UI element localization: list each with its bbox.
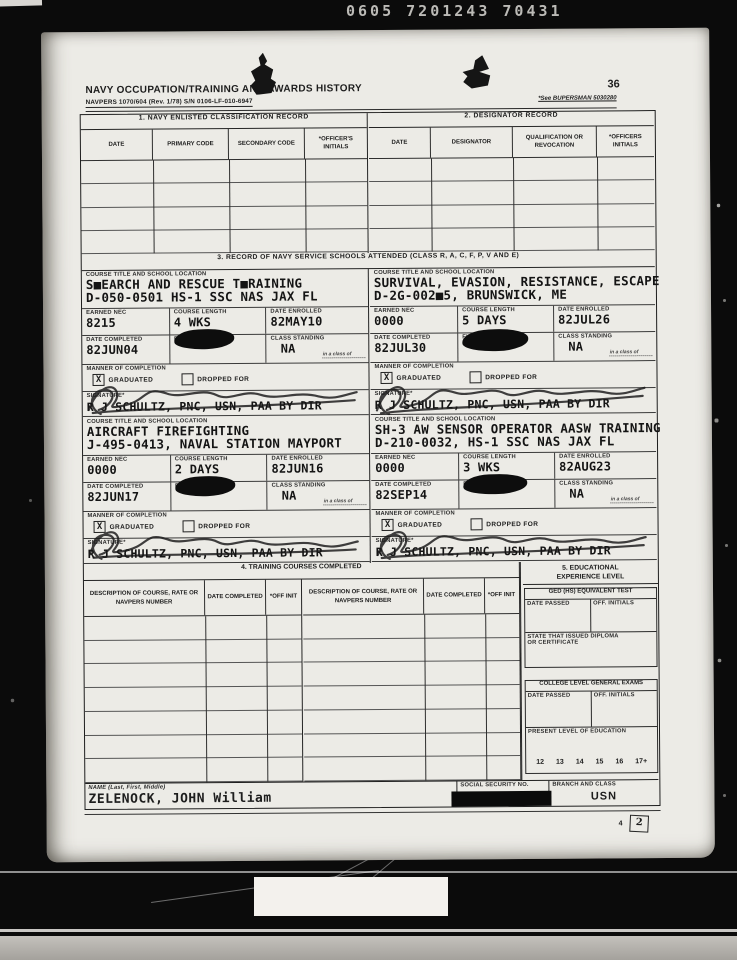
date-completed-value: 82JUN04: [86, 342, 165, 357]
manner-options: X GRADUATED DROPPED FOR: [374, 370, 651, 384]
present-level-cell: PRESENT LEVEL OF EDUCATION 12 13 14 15 1…: [526, 727, 657, 767]
branch-value: USN: [552, 790, 655, 803]
off-initials-label: OFF. INITIALS: [593, 600, 654, 606]
course-length-value: 3 WKS: [463, 460, 550, 475]
state-diploma-label: STATE THAT ISSUED DIPLOMA OR CERTIFICATE: [527, 633, 627, 646]
form-body: 1. NAVY ENLISTED CLASSIFICATION RECORD D…: [80, 110, 661, 810]
section-4-right-table: DESCRIPTION OF COURSE, RATE OR NAVPERS N…: [303, 578, 521, 782]
empty-row: [85, 758, 302, 783]
completion-row: DATE COMPLETED82JUN04 FINAL MARK CLASS S…: [82, 334, 368, 365]
film-gap-artifact: [254, 877, 448, 916]
col-primary-code: PRIMARY CODE: [153, 129, 229, 160]
completion-row: DATE COMPLETED82JUN17 FINAL MARK CLASS S…: [83, 481, 369, 512]
section-4-header-row: DESCRIPTION OF COURSE, RATE OR NAVPERS N…: [303, 578, 519, 616]
year-15: 15: [596, 758, 604, 765]
empty-row: [81, 182, 367, 207]
page-annotation-small: 4: [619, 820, 623, 827]
ged-header: GED (HS) EQUIVALENT TEST: [525, 588, 656, 600]
col-date-completed: DATE COMPLETED: [205, 580, 266, 615]
branch-cell: BRANCH AND CLASS USN: [549, 780, 658, 805]
ink-blob-artifact: [461, 55, 491, 91]
signature-cell: SIGNATURE* R J SCHULTZ, PNC, USN, PAA BY…: [84, 537, 370, 564]
form-title: NAVY OCCUPATION/TRAINING AND AWARDS HIST…: [85, 83, 362, 96]
corner-wedge-artifact: [0, 0, 42, 7]
ssn-cell: SOCIAL SECURITY NO.: [457, 781, 549, 806]
college-header: COLLEGE LEVEL GENERAL EXAMS: [526, 680, 657, 692]
empty-row: [84, 639, 301, 664]
year-17plus: 17+: [635, 758, 647, 765]
section-1-header-row: DATE PRIMARY CODE SECONDARY CODE *OFFICE…: [81, 128, 367, 161]
section-5-title-line2: EXPERIENCE LEVEL: [523, 572, 658, 585]
year-12: 12: [536, 759, 544, 766]
manner-options: X GRADUATED DROPPED FOR: [86, 372, 364, 386]
course-length-value: 2 DAYS: [175, 462, 263, 477]
date-completed-value: 82SEP14: [375, 487, 454, 502]
off-initials-label: OFF. INITIALS: [594, 692, 655, 698]
year-16: 16: [615, 758, 623, 765]
empty-row: [85, 663, 302, 688]
dropped-checkbox: [469, 371, 481, 383]
graduated-label: GRADUATED: [110, 523, 155, 530]
section-4-empty-rows: [84, 616, 302, 784]
graduated-checkbox: X: [92, 374, 104, 386]
college-date-row: DATE PASSED OFF. INITIALS: [526, 691, 657, 728]
col-off-init: *OFF INIT: [266, 580, 301, 615]
ged-box: GED (HS) EQUIVALENT TEST DATE PASSED OFF…: [524, 587, 658, 668]
state-diploma-cell: STATE THAT ISSUED DIPLOMA OR CERTIFICATE: [525, 632, 656, 647]
col-officers-initials: *OFFICER'S INITIALS: [305, 128, 367, 158]
col-date: DATE: [81, 130, 153, 161]
completion-row: DATE COMPLETED82SEP14 FINAL MARK CLASS S…: [371, 479, 656, 510]
section-4-empty-rows: [303, 614, 520, 782]
form-page: NAVY OCCUPATION/TRAINING AND AWARDS HIST…: [41, 28, 715, 863]
signature-cell: SIGNATURE* R J SCHULTZ, PNC, USN, PAA BY…: [372, 535, 657, 562]
graduated-label: GRADUATED: [109, 376, 154, 383]
manner-options: X GRADUATED DROPPED FOR: [376, 517, 653, 531]
empty-row: [303, 638, 519, 663]
school-record: COURSE TITLE AND SCHOOL LOCATION SH-3 AW…: [371, 414, 657, 563]
signature-text: R J SCHULTZ, PNC, USN, PAA BY DIR: [376, 543, 653, 559]
empty-row: [304, 661, 520, 686]
manner-label: MANNER OF COMPLETION: [87, 511, 365, 519]
footer-row: NAME (Last, First, Middle) ZELENOCK, JOH…: [85, 779, 658, 808]
manner-options: X GRADUATED DROPPED FOR: [88, 519, 366, 533]
school-record: COURSE TITLE AND SCHOOL LOCATION S■EARCH…: [82, 269, 369, 418]
course-title-cell: COURSE TITLE AND SCHOOL LOCATION AIRCRAF…: [83, 416, 369, 456]
year-13: 13: [556, 759, 564, 766]
earned-nec-value: 0000: [374, 313, 453, 328]
reference-note: *See BUPERSMAN 5030280: [489, 95, 617, 102]
film-code: 0605 7201243 70431: [346, 2, 563, 20]
date-passed-label: DATE PASSED: [528, 693, 589, 699]
course-title-cell: COURSE TITLE AND SCHOOL LOCATION SURVIVA…: [370, 267, 655, 307]
college-box: COLLEGE LEVEL GENERAL EXAMS DATE PASSED …: [525, 679, 659, 774]
empty-row: [81, 159, 367, 184]
bottom-double-rule: [85, 810, 661, 815]
empty-row: [304, 733, 520, 758]
manner-of-completion-cell: MANNER OF COMPLETION X GRADUATED DROPPED…: [370, 361, 655, 390]
graduated-checkbox: X: [380, 372, 392, 384]
col-secondary-code: SECONDARY CODE: [229, 129, 305, 160]
signature-cell: SIGNATURE* R J SCHULTZ, PNC, USN, PAA BY…: [371, 388, 656, 415]
redaction-mark: [175, 475, 236, 497]
section-4-header-row: DESCRIPTION OF COURSE, RATE OR NAVPERS N…: [84, 580, 301, 618]
scanner-bed-band: [0, 936, 737, 960]
form-number: NAVPERS 1070/604 (Rev. 1/78) S/N 0106-LF…: [86, 98, 253, 108]
dropped-label: DROPPED FOR: [198, 522, 250, 529]
graduated-checkbox: X: [382, 519, 394, 531]
empty-row: [85, 687, 302, 712]
date-completed-value: 82JUN17: [87, 489, 166, 504]
in-class-of-label: in a class of: [610, 349, 653, 356]
page-number: 36: [607, 78, 619, 90]
section-2-header-row: DATE DESIGNATOR QUALIFICATION OR REVOCAT…: [369, 126, 654, 159]
school-record: COURSE TITLE AND SCHOOL LOCATION SURVIVA…: [370, 267, 656, 416]
date-passed-label: DATE PASSED: [527, 601, 588, 607]
dropped-checkbox: [470, 518, 482, 530]
dust-specks-artifact: [0, 0, 1, 1]
manner-of-completion-cell: MANNER OF COMPLETION X GRADUATED DROPPED…: [371, 508, 656, 537]
date-enrolled-value: 82AUG23: [559, 459, 652, 474]
in-class-of-label: in a class of: [323, 351, 366, 358]
redaction-mark: [463, 473, 528, 496]
completion-row: DATE COMPLETED82JUL30 FINAL MARK CLASS S…: [370, 332, 655, 363]
empty-row: [304, 756, 520, 781]
ssn-label: SOCIAL SECURITY NO.: [460, 782, 545, 789]
section-2-empty-rows: [369, 157, 655, 252]
col-date-completed: DATE COMPLETED: [424, 578, 485, 613]
scanner-edge-line: [0, 929, 737, 932]
empty-row: [304, 685, 520, 710]
col-description: DESCRIPTION OF COURSE, RATE OR NAVPERS N…: [303, 579, 424, 615]
page-annotation-boxed: 2: [629, 815, 649, 833]
redaction-mark: [174, 328, 235, 350]
section-4-left-table: DESCRIPTION OF COURSE, RATE OR NAVPERS N…: [84, 580, 303, 784]
col-qualification: QUALIFICATION OR REVOCATION: [513, 126, 597, 157]
dropped-checkbox: [182, 520, 194, 532]
redaction-mark: [462, 328, 529, 353]
course-title-line2: D-050-0501 HS-1 SSC NAS JAX FL: [86, 289, 364, 304]
date-enrolled-value: 82JUL26: [558, 312, 651, 327]
manner-label: MANNER OF COMPLETION: [86, 364, 364, 372]
empty-row: [81, 229, 367, 254]
col-off-init: *OFF INIT: [485, 578, 518, 613]
course-title-line2: D-210-0032, HS-1 SSC NAS JAX FL: [375, 434, 652, 449]
signature-text: R J SCHULTZ, PNC, USN, PAA BY DIR: [88, 545, 366, 561]
manner-of-completion-cell: MANNER OF COMPLETION X GRADUATED DROPPED…: [83, 510, 369, 539]
section-2-designator-record: 2. DESIGNATOR RECORD DATE DESIGNATOR QUA…: [369, 111, 655, 253]
earned-nec-value: 8215: [86, 315, 165, 330]
col-description: DESCRIPTION OF COURSE, RATE OR NAVPERS N…: [84, 580, 205, 616]
section-3-right-column: COURSE TITLE AND SCHOOL LOCATION SURVIVA…: [370, 267, 657, 563]
empty-row: [85, 734, 302, 759]
course-title-cell: COURSE TITLE AND SCHOOL LOCATION SH-3 AW…: [371, 414, 656, 454]
empty-row: [85, 710, 302, 735]
school-record: COURSE TITLE AND SCHOOL LOCATION AIRCRAF…: [83, 416, 370, 565]
empty-row: [369, 157, 654, 182]
section-5-educational-level: 5. EDUCATIONAL EXPERIENCE LEVEL GED (HS)…: [520, 561, 662, 780]
course-length-value: 4 WKS: [174, 315, 262, 330]
signature-text: R J SCHULTZ, PNC, USN, PAA BY DIR: [87, 398, 365, 414]
empty-row: [304, 709, 520, 734]
ged-date-row: DATE PASSED OFF. INITIALS: [525, 599, 656, 633]
empty-row: [303, 614, 519, 639]
date-enrolled-value: 82JUN16: [271, 461, 365, 476]
graduated-label: GRADUATED: [397, 374, 442, 381]
empty-row: [369, 180, 654, 205]
ssn-redaction: [451, 791, 551, 807]
empty-row: [369, 227, 654, 252]
section-1-nec-record: 1. NAVY ENLISTED CLASSIFICATION RECORD D…: [81, 113, 369, 255]
dropped-label: DROPPED FOR: [486, 520, 538, 527]
dropped-checkbox: [181, 373, 193, 385]
course-title-cell: COURSE TITLE AND SCHOOL LOCATION S■EARCH…: [82, 269, 368, 309]
in-class-of-label: in a class of: [611, 496, 654, 503]
course-title-line2: D-2G-002■5, BRUNSWICK, ME: [374, 287, 651, 302]
section-1-empty-rows: [81, 159, 368, 254]
section-3-left-column: COURSE TITLE AND SCHOOL LOCATION S■EARCH…: [82, 269, 371, 565]
manner-of-completion-cell: MANNER OF COMPLETION X GRADUATED DROPPED…: [82, 363, 368, 392]
empty-row: [369, 204, 654, 229]
empty-row: [84, 616, 301, 641]
col-officers-initials: *OFFICERS INITIALS: [597, 126, 654, 156]
name-value: ZELENOCK, JOHN William: [88, 789, 453, 807]
manner-label: MANNER OF COMPLETION: [374, 362, 651, 370]
col-designator: DESIGNATOR: [431, 127, 513, 158]
signature-cell: SIGNATURE* R J SCHULTZ, PNC, USN, PAA BY…: [83, 390, 369, 417]
dropped-label: DROPPED FOR: [197, 375, 249, 382]
date-completed-value: 82JUL30: [374, 340, 453, 355]
present-level-label: PRESENT LEVEL OF EDUCATION: [528, 728, 655, 735]
branch-label: BRANCH AND CLASS: [552, 781, 655, 788]
year-14: 14: [576, 759, 584, 766]
empty-row: [81, 206, 367, 231]
date-enrolled-value: 82MAY10: [270, 314, 364, 329]
course-length-value: 5 DAYS: [462, 313, 549, 328]
manner-label: MANNER OF COMPLETION: [375, 509, 652, 517]
earned-nec-value: 0000: [375, 460, 454, 475]
graduated-checkbox: X: [94, 521, 106, 533]
earned-nec-value: 0000: [87, 462, 166, 477]
dropped-label: DROPPED FOR: [485, 373, 537, 380]
graduated-label: GRADUATED: [398, 521, 443, 528]
course-title-line2: J-495-0413, NAVAL STATION MAYPORT: [87, 436, 365, 451]
name-cell: NAME (Last, First, Middle) ZELENOCK, JOH…: [85, 781, 457, 808]
col-date: DATE: [369, 128, 431, 158]
signature-text: R J SCHULTZ, PNC, USN, PAA BY DIR: [375, 396, 652, 412]
education-years-row: 12 13 14 15 16 17+: [528, 758, 655, 766]
scratch-line-artifact: [0, 871, 737, 873]
in-class-of-label: in a class of: [324, 498, 367, 505]
scanned-document: 0605 7201243 70431 NAVY OCCUPATION/TRAIN…: [0, 0, 737, 960]
